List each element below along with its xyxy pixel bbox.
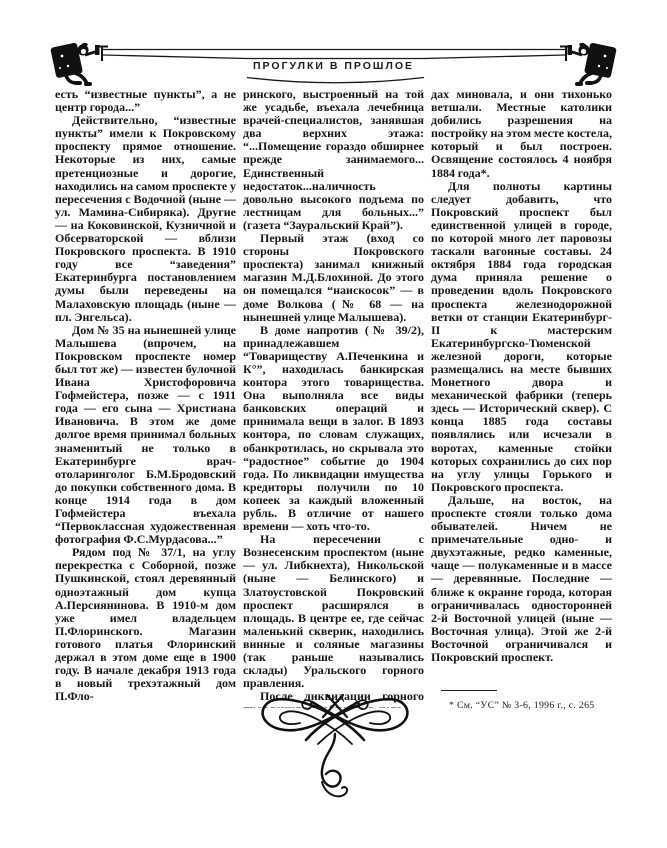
text-column-1: есть “известные пункты”, а не центр горо… [55,88,236,708]
paragraph: Дальше, на восток, на проспекте стояли т… [431,494,612,664]
paragraph: На пересечении с Вознесенским проспектом… [243,533,424,690]
footnote-divider [441,690,497,691]
paragraph: В доме напротив (№ 39/2), принадлежавшем… [243,324,424,534]
paragraph: Первый этаж (вход со стороны Покровского… [243,232,424,324]
calligraphic-flourish-icon [248,690,422,808]
header-rope-ornament [0,0,667,100]
paragraph: Действительно, “известные пункты” имели … [55,114,236,324]
paragraph: Для полноты картины следует добавить, чт… [431,180,612,494]
paragraph: дах миновала, и они тихонько ветшали. Ме… [431,88,612,180]
magazine-page: ПРОГУЛКИ В ПРОШЛОЕ есть “известные пункт… [0,0,667,848]
text-column-3: дах миновала, и они тихонько ветшали. Ме… [431,88,612,708]
article-body: есть “известные пункты”, а не центр горо… [55,88,612,708]
paragraph: Рядом под № 37/1, на углу перекрестка с … [55,546,236,703]
paragraph: Дом № 35 на нынешней улице Малышева (впр… [55,324,236,547]
masthead: ПРОГУЛКИ В ПРОШЛОЕ [0,0,667,100]
footnote-text: * См. “УС” № 3-6, 1996 г., с. 265 [431,700,612,712]
paragraph: есть “известные пункты”, а не центр горо… [55,88,236,114]
section-title: ПРОГУЛКИ В ПРОШЛОЕ [0,60,667,72]
text-column-2: ринского, выстроенный на той же усадьбе,… [243,88,424,708]
paragraph: ринского, выстроенный на той же усадьбе,… [243,88,424,232]
text-column-3-flow: дах миновала, и они тихонько ветшали. Ме… [431,88,612,664]
